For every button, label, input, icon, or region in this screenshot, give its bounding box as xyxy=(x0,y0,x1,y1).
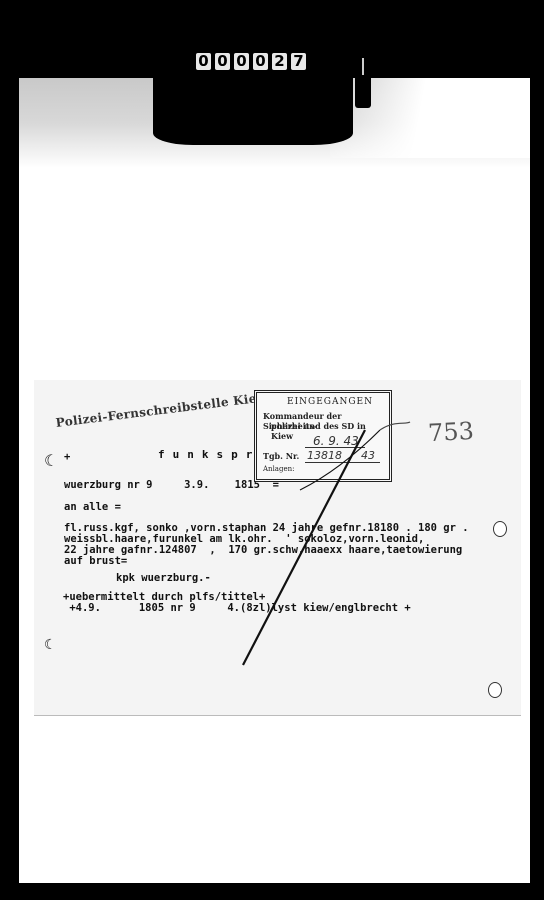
pen-strokes xyxy=(0,0,544,900)
